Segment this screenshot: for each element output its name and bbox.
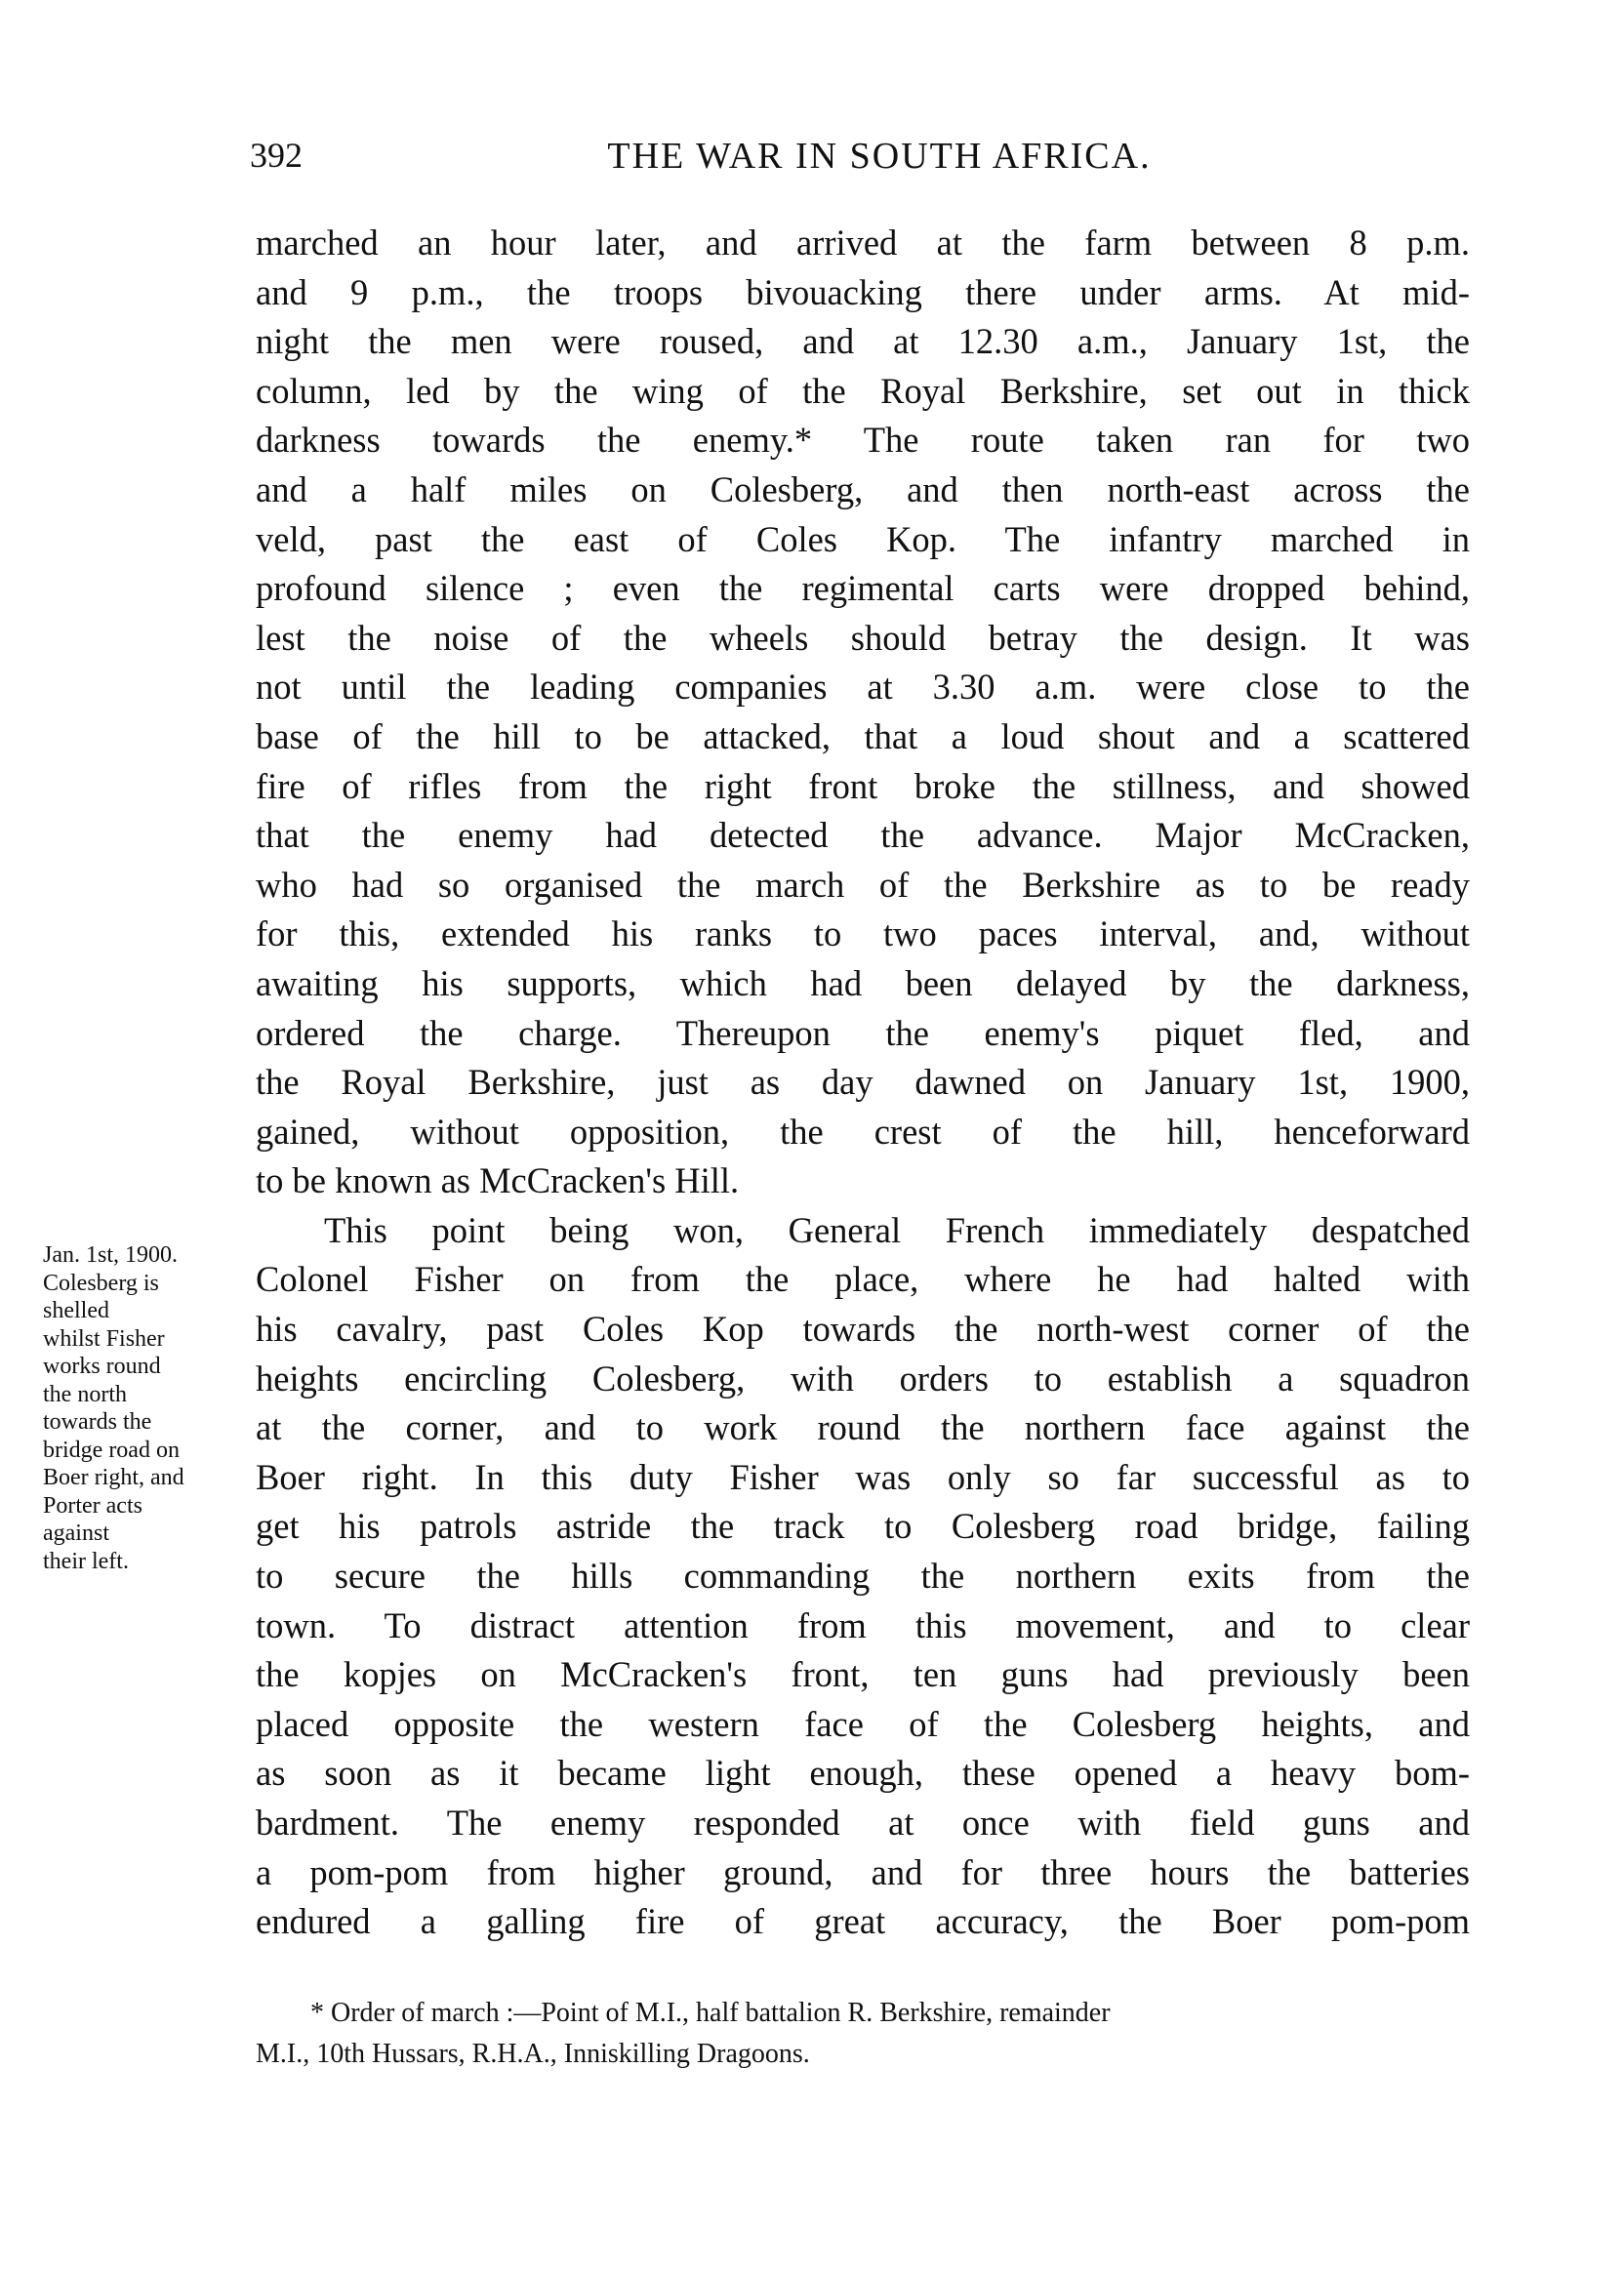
text-line: and 9 p.m., the troops bivouacking there… <box>256 268 1470 318</box>
text-line: the Royal Berkshire, just as day dawned … <box>256 1058 1470 1108</box>
margin-note-line: the north <box>43 1381 248 1409</box>
text-line: who had so organised the march of the Be… <box>256 861 1470 911</box>
text-line: his cavalry, past Coles Kop towards the … <box>256 1305 1470 1355</box>
text-line: placed opposite the western face of the … <box>256 1700 1470 1750</box>
margin-note-line: Jan. 1st, 1900. <box>43 1241 248 1270</box>
text-line: night the men were roused, and at 12.30 … <box>256 317 1470 367</box>
paragraph-1: marched an hour later, and arrived at th… <box>256 219 1470 1206</box>
text-line: that the enemy had detected the advance.… <box>256 811 1470 861</box>
text-line: to be known as McCracken's Hill. <box>256 1156 1470 1206</box>
margin-note-line: bridge road on <box>43 1437 248 1465</box>
text-line: column, led by the wing of the Royal Ber… <box>256 367 1470 417</box>
margin-note: Jan. 1st, 1900. Colesberg is shelled whi… <box>43 1241 248 1575</box>
text-line: at the corner, and to work round the nor… <box>256 1403 1470 1453</box>
text-line: as soon as it became light enough, these… <box>256 1749 1470 1799</box>
main-text: marched an hour later, and arrived at th… <box>256 219 1470 1947</box>
footnote-line: M.I., 10th Hussars, R.H.A., Inniskilling… <box>256 2034 1470 2075</box>
text-line: endured a galling fire of great accuracy… <box>256 1897 1470 1947</box>
text-line: town. To distract attention from this mo… <box>256 1602 1470 1651</box>
text-line: a pom-pom from higher ground, and for th… <box>256 1848 1470 1898</box>
text-line: marched an hour later, and arrived at th… <box>256 219 1470 268</box>
margin-note-line: Colesberg is <box>43 1270 248 1298</box>
margin-note-line: Porter acts <box>43 1492 248 1521</box>
margin-note-line: shelled <box>43 1297 248 1325</box>
page-header: 392 THE WAR IN SOUTH AFRICA. <box>250 135 1470 193</box>
running-title: THE WAR IN SOUTH AFRICA. <box>250 135 1470 178</box>
margin-note-line: whilst Fisher <box>43 1325 248 1354</box>
text-line: get his patrols astride the track to Col… <box>256 1502 1470 1552</box>
text-line: Boer right. In this duty Fisher was only… <box>256 1453 1470 1503</box>
margin-note-line: against <box>43 1520 248 1548</box>
text-line: to secure the hills commanding the north… <box>256 1552 1470 1602</box>
text-line: ordered the charge. Thereupon the enemy'… <box>256 1009 1470 1059</box>
text-line: for this, extended his ranks to two pace… <box>256 910 1470 959</box>
text-line: not until the leading companies at 3.30 … <box>256 663 1470 712</box>
text-line: lest the noise of the wheels should betr… <box>256 614 1470 664</box>
margin-note-line: their left. <box>43 1548 248 1576</box>
paragraph-2: This point being won, General French imm… <box>256 1206 1470 1947</box>
text-line: bardment. The enemy responded at once wi… <box>256 1799 1470 1848</box>
text-line: darkness towards the enemy.* The route t… <box>256 416 1470 466</box>
text-line: veld, past the east of Coles Kop. The in… <box>256 515 1470 565</box>
text-line: and a half miles on Colesberg, and then … <box>256 466 1470 515</box>
text-line: Colonel Fisher on from the place, where … <box>256 1255 1470 1305</box>
margin-note-line: works round <box>43 1353 248 1381</box>
text-line: base of the hill to be attacked, that a … <box>256 712 1470 762</box>
text-line: gained, without opposition, the crest of… <box>256 1108 1470 1157</box>
text-line: fire of rifles from the right front brok… <box>256 762 1470 812</box>
text-line: the kopjes on McCracken's front, ten gun… <box>256 1650 1470 1700</box>
margin-note-line: towards the <box>43 1408 248 1437</box>
text-line: heights encircling Colesberg, with order… <box>256 1355 1470 1404</box>
text-line: profound silence ; even the regimental c… <box>256 564 1470 614</box>
text-line: awaiting his supports, which had been de… <box>256 959 1470 1009</box>
margin-note-line: Boer right, and <box>43 1464 248 1492</box>
text-line: This point being won, General French imm… <box>256 1206 1470 1256</box>
footnote: * Order of march :—Point of M.I., half b… <box>256 1993 1470 2075</box>
footnote-line: * Order of march :—Point of M.I., half b… <box>256 1993 1470 2034</box>
